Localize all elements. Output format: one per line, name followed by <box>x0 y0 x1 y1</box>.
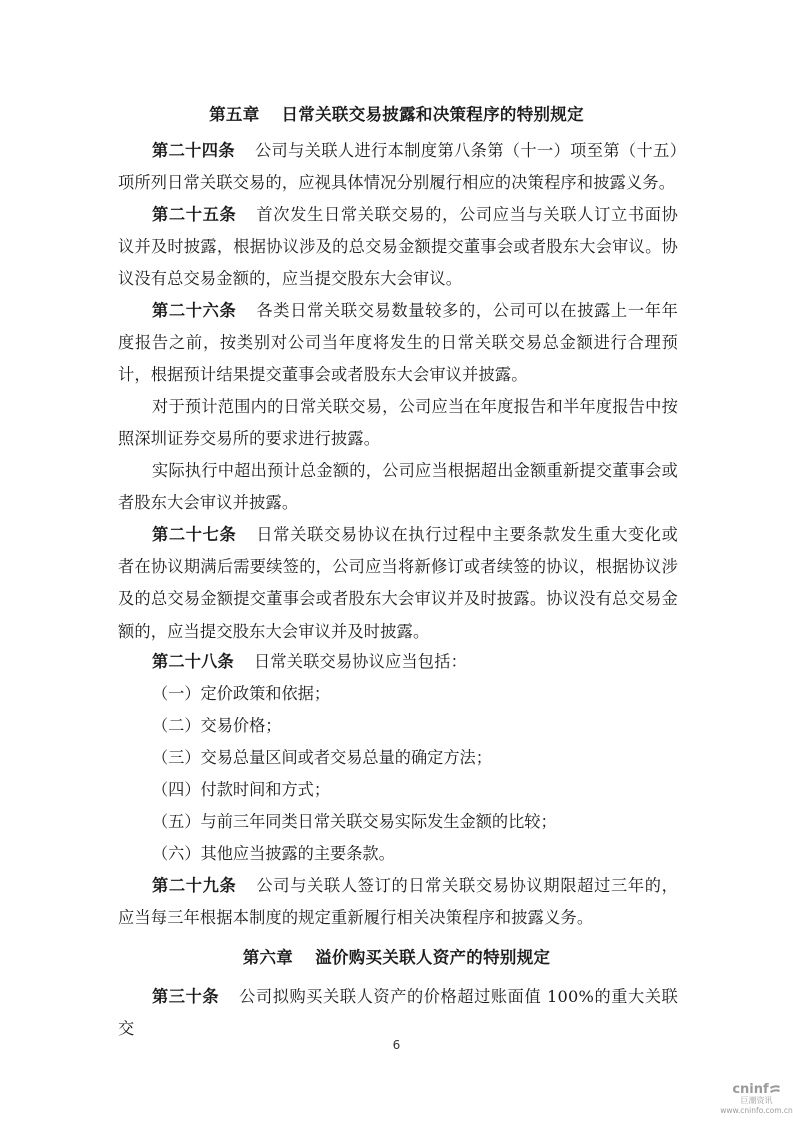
list-item: （五）与前三年同类日常关联交易实际发生金额的比较； <box>152 806 557 838</box>
watermark-name: 巨潮资讯 <box>720 1096 793 1106</box>
article-26-paragraph-2: 对于预计范围内的日常关联交易，公司应当在年度报告和半年度报告中按照深圳证券交易所… <box>118 391 678 455</box>
list-item: （二）交易价格； <box>152 710 282 742</box>
article-label: 第三十条 <box>152 987 219 1006</box>
chapter-title: 溢价购买关联人资产的特别规定 <box>315 948 550 967</box>
brand-text: cninf <box>732 1082 768 1097</box>
article-28: 第二十八条日常关联交易协议应当包括： <box>118 646 678 678</box>
article-label: 第二十六条 <box>152 301 236 320</box>
article-text: 日常关联交易协议应当包括： <box>254 652 467 671</box>
article-label: 第二十四条 <box>152 141 235 160</box>
cninfo-watermark: cninf 巨潮资讯 www.cninfo.com.cn <box>720 1083 793 1116</box>
chapter-heading-5: 第五章日常关联交易披露和决策程序的特别规定 <box>0 101 793 125</box>
article-label: 第二十七条 <box>152 525 236 544</box>
list-item: （一）定价政策和依据； <box>152 678 330 710</box>
list-item: （三）交易总量区间或者交易总量的确定方法； <box>152 742 492 774</box>
article-label: 第二十五条 <box>152 205 236 224</box>
article-label: 第二十八条 <box>152 652 234 671</box>
article-30: 第三十条公司拟购买关联人资产的价格超过账面值 100%的重大关联交 <box>118 981 678 1045</box>
watermark-brand: cninf <box>720 1083 793 1096</box>
watermark-url: www.cninfo.com.cn <box>720 1106 793 1116</box>
page-number: 6 <box>0 1038 793 1052</box>
article-26: 第二十六条各类日常关联交易数量较多的，公司可以在披露上一年年度报告之前，按类别对… <box>118 295 678 392</box>
chapter-number: 第六章 <box>243 948 293 967</box>
chapter-heading-6: 第六章溢价购买关联人资产的特别规定 <box>0 944 793 968</box>
article-25: 第二十五条首次发生日常关联交易的，公司应当与关联人订立书面协议并及时披露，根据协… <box>118 199 678 296</box>
article-27: 第二十七条日常关联交易协议在执行过程中主要条款发生重大变化或者在协议期满后需要续… <box>118 519 678 648</box>
article-label: 第二十九条 <box>152 876 236 895</box>
cninfo-logo-icon <box>769 1084 781 1095</box>
article-24: 第二十四条公司与关联人进行本制度第八条第（十一）项至第（十五）项所列日常关联交易… <box>118 135 678 199</box>
list-item: （六）其他应当披露的主要条款。 <box>152 838 395 870</box>
list-item: （四）付款时间和方式； <box>152 774 330 806</box>
article-26-paragraph-3: 实际执行中超出预计总金额的，公司应当根据超出金额重新提交董事会或者股东大会审议并… <box>118 455 678 519</box>
chapter-title: 日常关联交易披露和决策程序的特别规定 <box>282 105 584 124</box>
article-29: 第二十九条公司与关联人签订的日常关联交易协议期限超过三年的，应当每三年根据本制度… <box>118 870 678 934</box>
chapter-number: 第五章 <box>209 105 259 124</box>
